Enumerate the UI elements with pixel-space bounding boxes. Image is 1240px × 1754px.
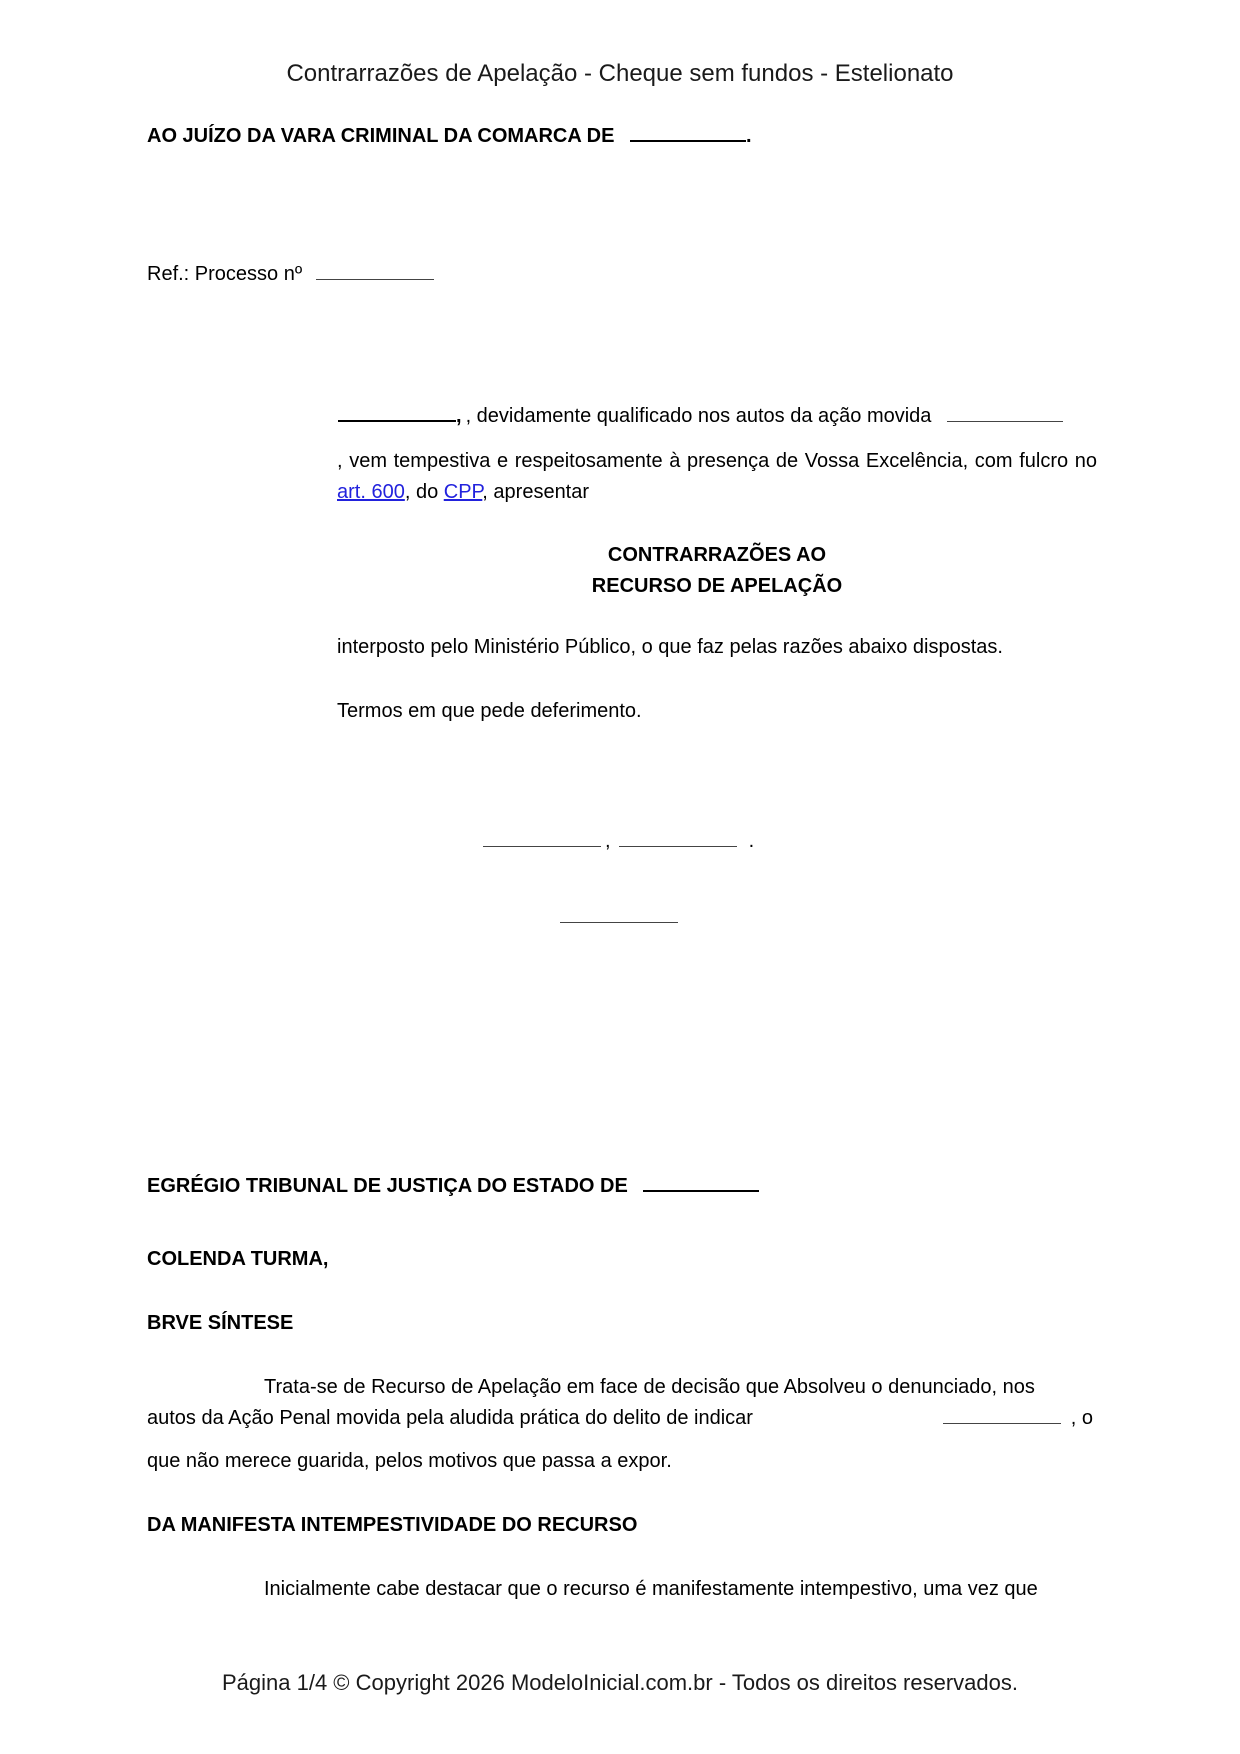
intro-line1-text: , devidamente qualificado nos autos da a…: [466, 405, 932, 427]
place-date-comma: ,: [605, 830, 611, 852]
intempestividade-line1: Inicialmente cabe destacar que o recurso…: [264, 1578, 1038, 1601]
process-reference: Ref.: Processo nº: [147, 263, 434, 286]
page-footer: Página 1/4 © Copyright 2026 ModeloInicia…: [0, 1670, 1240, 1696]
party-name-blank[interactable]: [338, 402, 456, 422]
process-reference-label: Ref.: Processo nº: [147, 263, 302, 285]
document-title-line1: CONTRARRAZÕES AO: [337, 540, 1097, 571]
art-600-link[interactable]: art. 600: [337, 481, 405, 503]
sintese-line2-end: , o: [1071, 1407, 1093, 1429]
sintese-heading: BRVE SÍNTESE: [147, 1312, 293, 1335]
state-blank[interactable]: [643, 1172, 759, 1192]
court-address-end: .: [746, 125, 752, 147]
comarca-blank[interactable]: [630, 122, 746, 142]
sintese-line2: autos da Ação Penal movida pela aludida …: [147, 1407, 1093, 1430]
intro-line-1: ,, devidamente qualificado nos autos da …: [338, 402, 1063, 428]
signature-line: [560, 906, 678, 929]
interposto-text: interposto pelo Ministério Público, o qu…: [337, 636, 1003, 659]
intro-end-text: , apresentar: [482, 481, 589, 503]
intro-line2-text: , vem tempestiva e respeitosamente à pre…: [337, 450, 1097, 472]
intempestividade-heading: DA MANIFESTA INTEMPESTIVIDADE DO RECURSO: [147, 1514, 637, 1537]
court-address: AO JUÍZO DA VARA CRIMINAL DA COMARCA DE …: [147, 122, 752, 148]
date-blank[interactable]: [619, 830, 737, 847]
process-number-blank[interactable]: [316, 263, 434, 280]
court-address-text: AO JUÍZO DA VARA CRIMINAL DA COMARCA DE: [147, 125, 614, 147]
colenda-turma: COLENDA TURMA,: [147, 1248, 328, 1271]
tribunal-heading-text: EGRÉGIO TRIBUNAL DE JUSTIÇA DO ESTADO DE: [147, 1175, 628, 1197]
sintese-line2-text: autos da Ação Penal movida pela aludida …: [147, 1407, 753, 1429]
cpp-link[interactable]: CPP: [444, 481, 483, 503]
place-date-period: .: [749, 830, 755, 852]
crime-blank[interactable]: [943, 1407, 1061, 1424]
document-header-title: Contrarrazões de Apelação - Cheque sem f…: [0, 60, 1240, 88]
document-title-line2: RECURSO DE APELAÇÃO: [337, 571, 1097, 602]
intro-paragraph: , vem tempestiva e respeitosamente à pre…: [337, 446, 1097, 508]
document-title-block: CONTRARRAZÕES AO RECURSO DE APELAÇÃO: [337, 540, 1097, 602]
tribunal-heading: EGRÉGIO TRIBUNAL DE JUSTIÇA DO ESTADO DE: [147, 1172, 759, 1198]
sintese-line1: Trata-se de Recurso de Apelação em face …: [264, 1376, 1035, 1399]
signature-blank[interactable]: [560, 906, 678, 923]
sintese-line3: que não merece guarida, pelos motivos qu…: [147, 1450, 672, 1473]
action-party-blank[interactable]: [947, 405, 1063, 422]
intro-mid-text: , do: [405, 481, 438, 503]
place-date-line: ,.: [483, 830, 754, 853]
termos-text: Termos em que pede deferimento.: [337, 700, 642, 723]
place-blank[interactable]: [483, 830, 601, 847]
